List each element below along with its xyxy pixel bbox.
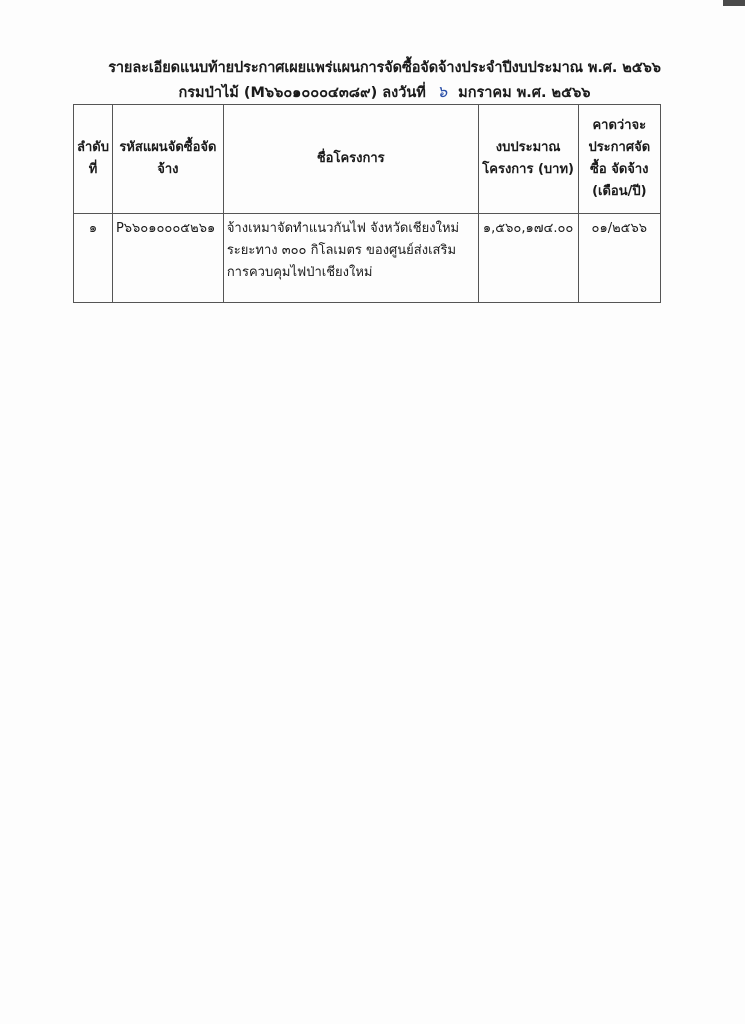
cell-plan-code: P๖๖๐๑๐๐๐๕๒๖๑ <box>112 214 223 303</box>
header-no: ลำดับ ที่ <box>74 105 113 214</box>
handwritten-day: ๖ <box>437 82 447 101</box>
table-header-row: ลำดับ ที่ รหัสแผนจัดซื้อจัดจ้าง ชื่อโครง… <box>74 105 661 214</box>
document-subtitle: กรมป่าไม้ (M๖๖๐๑๐๐๐๔๓๘๙) ลงวันที่ ๖ มกรา… <box>0 80 745 105</box>
scanned-document-page: รายละเอียดแนบท้ายประกาศเผยแพร่แผนการจัดซ… <box>0 0 745 1024</box>
cell-expected-date: ๐๑/๒๕๖๖ <box>578 214 660 303</box>
header-expected-date: คาดว่าจะ ประกาศจัดซื้อ จัดจ้าง (เดือน/ปี… <box>578 105 660 214</box>
scan-edge-mark <box>723 0 745 6</box>
table-row: ๑ P๖๖๐๑๐๐๐๕๒๖๑ จ้างเหมาจัดทำแนวกันไฟ จัง… <box>74 214 661 303</box>
cell-no: ๑ <box>74 214 113 303</box>
header-project-name: ชื่อโครงการ <box>223 105 478 214</box>
cell-project-name: จ้างเหมาจัดทำแนวกันไฟ จังหวัดเชียงใหม่ ร… <box>223 214 478 303</box>
document-title: รายละเอียดแนบท้ายประกาศเผยแพร่แผนการจัดซ… <box>0 56 745 79</box>
cell-budget: ๑,๕๖๐,๑๗๔.๐๐ <box>478 214 578 303</box>
header-plan-code: รหัสแผนจัดซื้อจัดจ้าง <box>112 105 223 214</box>
procurement-plan-table: ลำดับ ที่ รหัสแผนจัดซื้อจัดจ้าง ชื่อโครง… <box>73 104 661 303</box>
subtitle-prefix: กรมป่าไม้ (M๖๖๐๑๐๐๐๔๓๘๙) ลงวันที่ <box>178 85 425 101</box>
subtitle-suffix: มกราคม พ.ศ. ๒๕๖๖ <box>458 85 590 101</box>
header-budget: งบประมาณ โครงการ (บาท) <box>478 105 578 214</box>
